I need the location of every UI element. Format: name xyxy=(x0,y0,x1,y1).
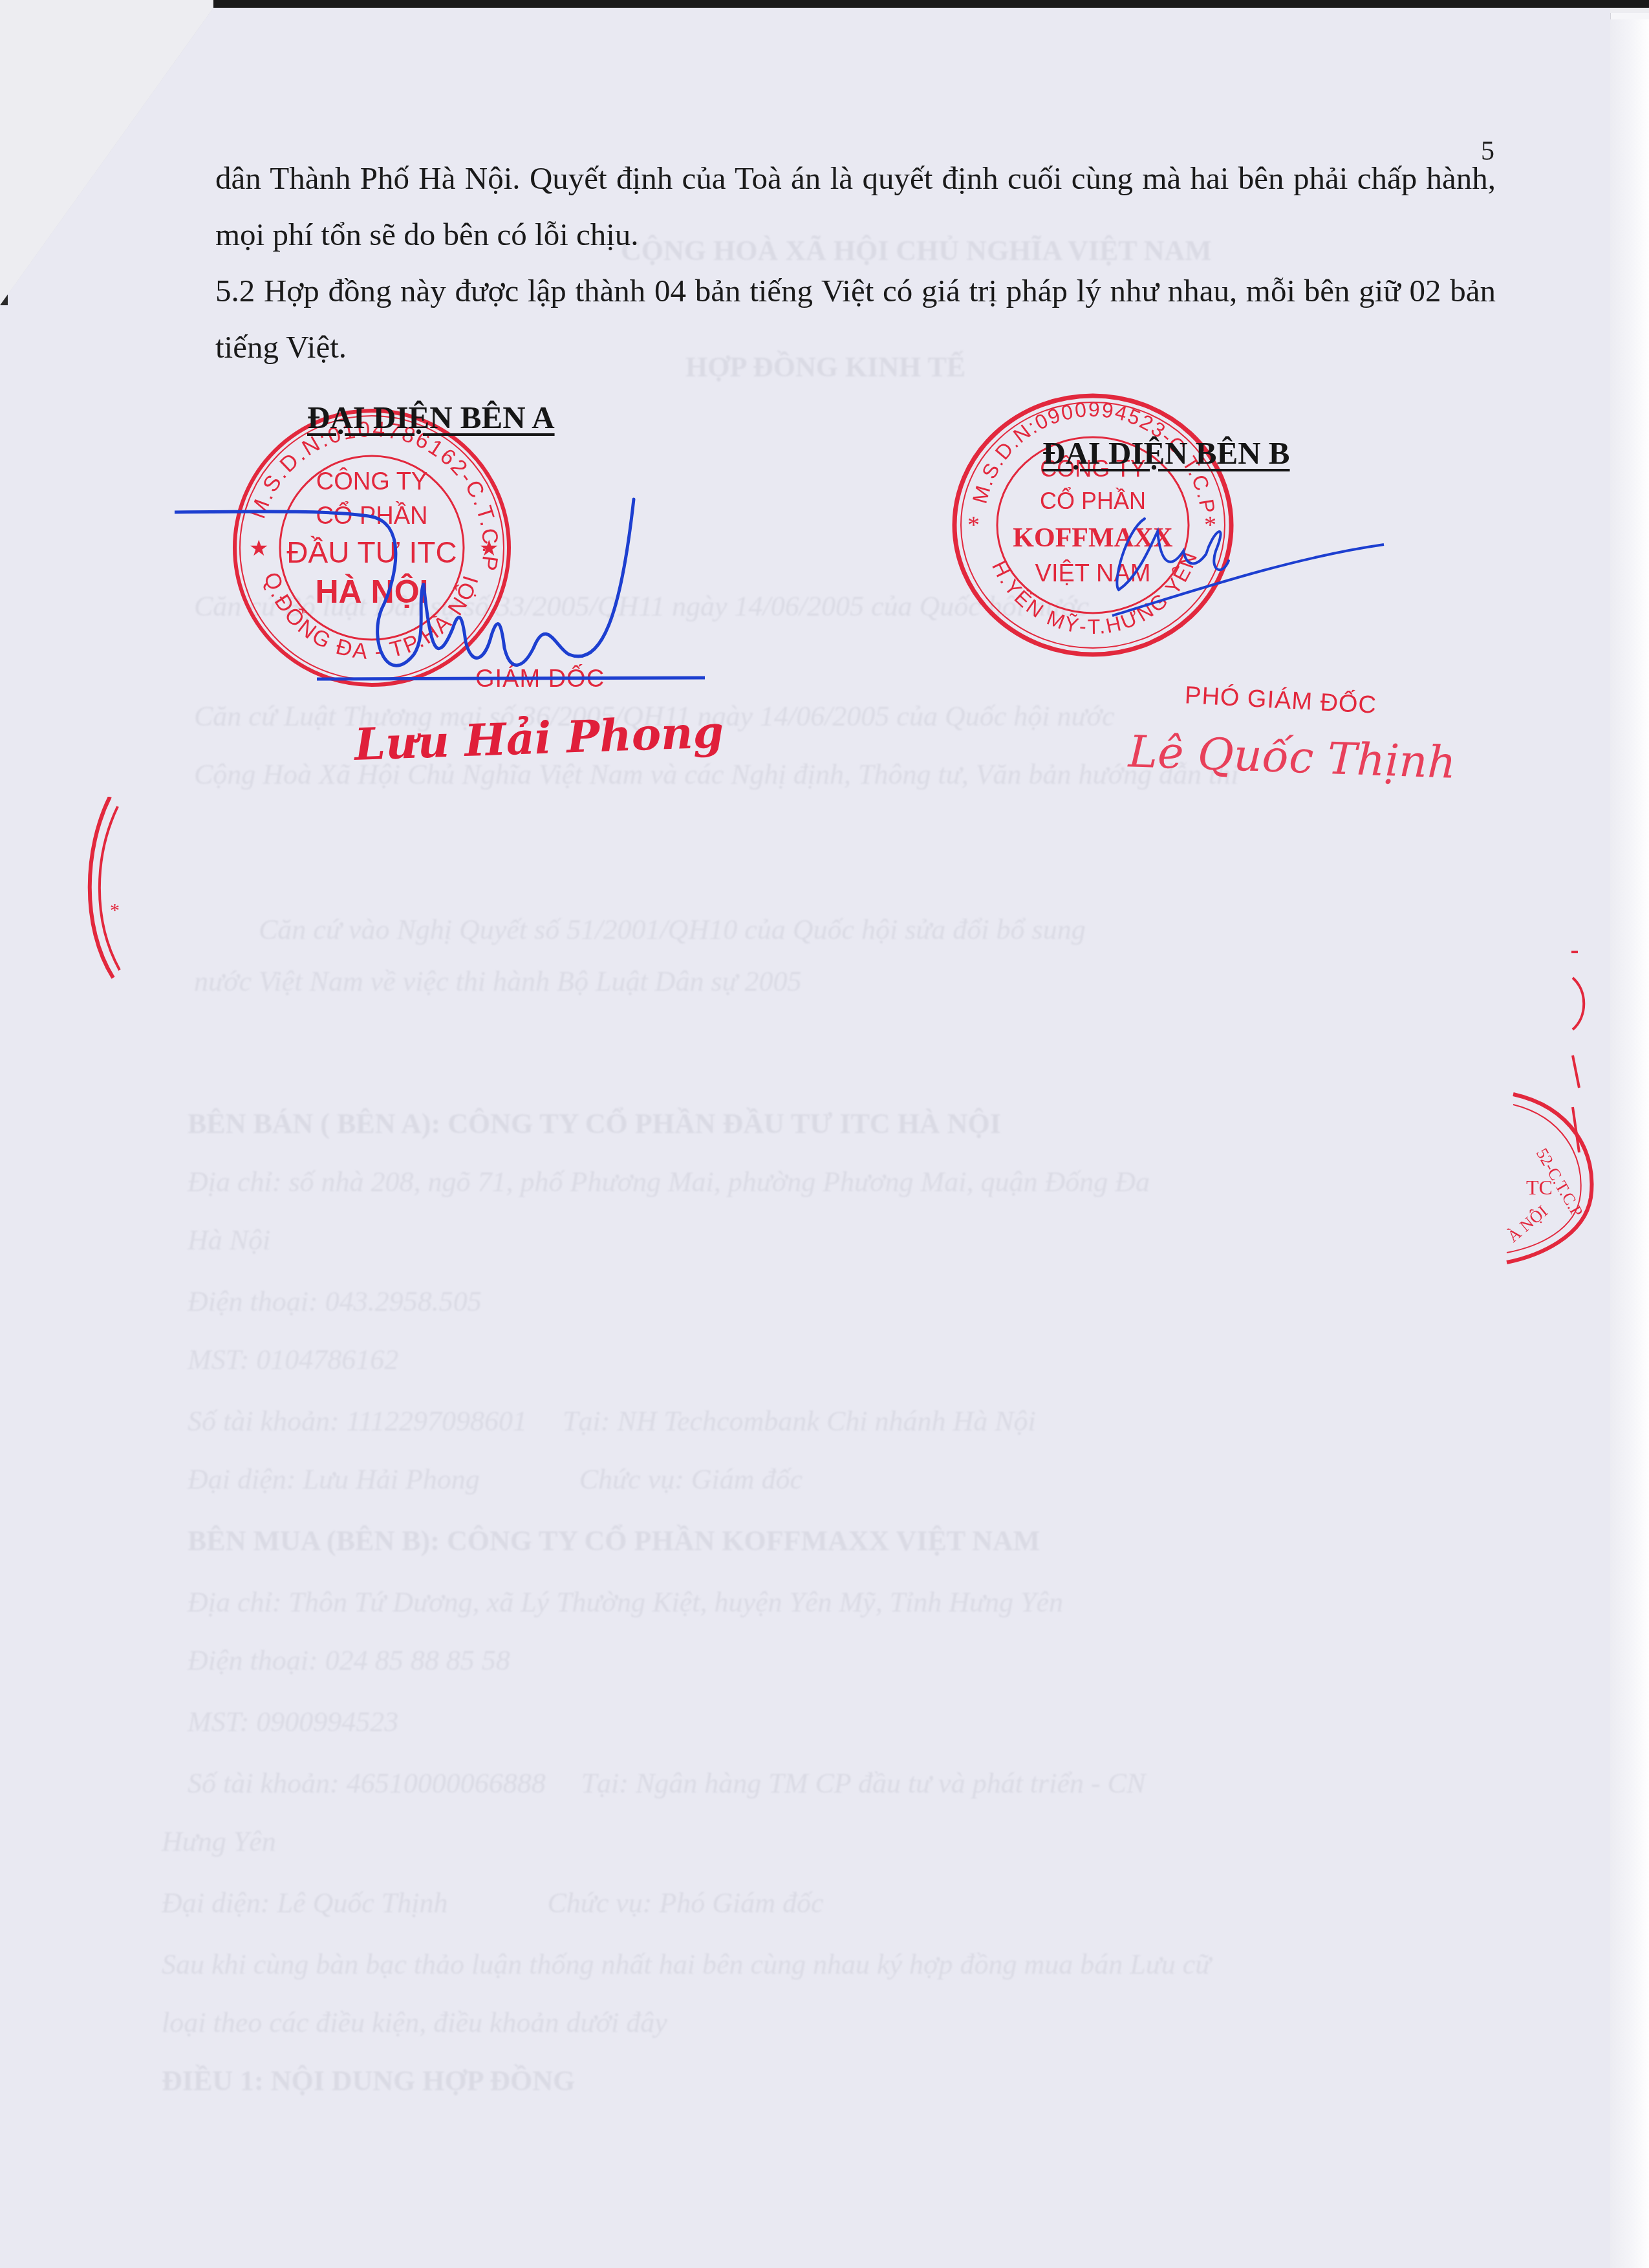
party-a-heading: ĐẠI DIỆN BÊN A xyxy=(307,399,555,436)
party-b-heading: ĐẠI DIỆN BÊN B xyxy=(1042,435,1290,471)
right-edge-seal-fragment-icon: 52-C.T.C.P TC À NỘI xyxy=(1500,939,1597,1275)
show-through-text: Điện thoại: 024 85 88 85 58 xyxy=(188,1644,510,1677)
show-through-text: Hưng Yên xyxy=(162,1825,276,1858)
svg-text:CỔ PHẦN: CỔ PHẦN xyxy=(316,501,427,530)
document-page: CỘNG HOÀ XÃ HỘI CHỦ NGHĨA VIỆT NAM HỢP Đ… xyxy=(0,8,1610,2268)
show-through-text: Địa chỉ: số nhà 208, ngõ 71, phố Phương … xyxy=(188,1165,1150,1198)
svg-text:KOFFMAXX: KOFFMAXX xyxy=(1013,523,1172,553)
svg-text:*: * xyxy=(967,512,980,539)
svg-text:★: ★ xyxy=(479,537,499,561)
svg-text:★: ★ xyxy=(249,537,268,561)
show-through-text: ĐIỀU 1: NỘI DUNG HỢP ĐỒNG xyxy=(162,2064,575,2097)
party-a-company-seal: M.S.D.N:0104786162-C.T.C.P Q.ĐỐNG ĐA - T… xyxy=(230,405,514,693)
scanner-top-edge xyxy=(213,0,1649,8)
left-edge-seal-fragment-icon: * xyxy=(71,797,149,984)
svg-text:ĐẦU TƯ ITC: ĐẦU TƯ ITC xyxy=(286,535,457,569)
show-through-text: Cộng Hoà Xã Hội Chủ Nghĩa Việt Nam và cá… xyxy=(194,758,1239,791)
show-through-text: Địa chỉ: Thôn Tứ Dương, xã Lý Thường Kiệ… xyxy=(188,1586,1063,1619)
contract-body: dân Thành Phố Hà Nội. Quyết định của Toà… xyxy=(215,150,1496,375)
show-through-text: Căn cứ vào Nghị Quyết số 51/2001/QH10 củ… xyxy=(259,913,1086,946)
svg-text:À NỘI: À NỘI xyxy=(1503,1202,1551,1246)
svg-text:CÔNG TY: CÔNG TY xyxy=(316,467,427,495)
show-through-text: MST: 0900994523 xyxy=(188,1705,398,1738)
show-through-text: Sau khi cùng bàn bạc thảo luận thống nhấ… xyxy=(162,1948,1211,1981)
show-through-text: BÊN MUA (BÊN B): CÔNG TY CỔ PHẦN KOFFMAX… xyxy=(188,1524,1040,1557)
show-through-text: MST: 0104786162 xyxy=(188,1343,398,1376)
svg-text:*: * xyxy=(1204,512,1216,539)
paragraph-copies: 5.2 Hợp đồng này được lập thành 04 bản t… xyxy=(215,263,1496,375)
svg-text:HÀ NỘI: HÀ NỘI xyxy=(316,573,429,610)
show-through-text: Đại diện: Lê Quốc Thịnh Chức vụ: Phó Giá… xyxy=(162,1886,824,1919)
svg-text:TC: TC xyxy=(1526,1176,1553,1199)
show-through-text: Điện thoại: 043.2958.505 xyxy=(188,1285,482,1318)
seal-icon: M.S.D.N:0900994523-C.T.C.P H.YÊN MỸ-T.HƯ… xyxy=(951,389,1235,661)
show-through-text: Số tài khoản: 46510000066888 Tại: Ngân h… xyxy=(188,1767,1145,1800)
svg-text:CỔ PHẦN: CỔ PHẦN xyxy=(1040,486,1146,514)
party-b-role: PHÓ GIÁM ĐỐC xyxy=(1184,682,1377,719)
show-through-text: nước Việt Nam về việc thi hành Bộ Luật D… xyxy=(194,965,802,998)
party-a-role: GIÁM ĐỐC xyxy=(475,665,605,693)
show-through-text: loại theo các điều kiện, điều khoản dưới… xyxy=(162,2006,667,2039)
svg-text:*: * xyxy=(110,900,120,921)
paragraph-dispute-resolution: dân Thành Phố Hà Nội. Quyết định của Toà… xyxy=(215,150,1496,263)
show-through-text: BÊN BÁN ( BÊN A): CÔNG TY CỔ PHẦN ĐẦU TƯ… xyxy=(188,1107,1001,1140)
seal-icon: M.S.D.N:0104786162-C.T.C.P Q.ĐỐNG ĐA - T… xyxy=(230,405,514,690)
show-through-text: Hà Nội xyxy=(188,1224,270,1257)
party-b-company-seal: M.S.D.N:0900994523-C.T.C.P H.YÊN MỸ-T.HƯ… xyxy=(951,389,1235,664)
show-through-text: Số tài khoản: 1112297098601 Tại: NH Tech… xyxy=(188,1405,1036,1438)
show-through-text: Đại diện: Lưu Hải Phong Chức vụ: Giám đố… xyxy=(188,1463,803,1496)
svg-text:VIỆT NAM: VIỆT NAM xyxy=(1035,559,1151,587)
